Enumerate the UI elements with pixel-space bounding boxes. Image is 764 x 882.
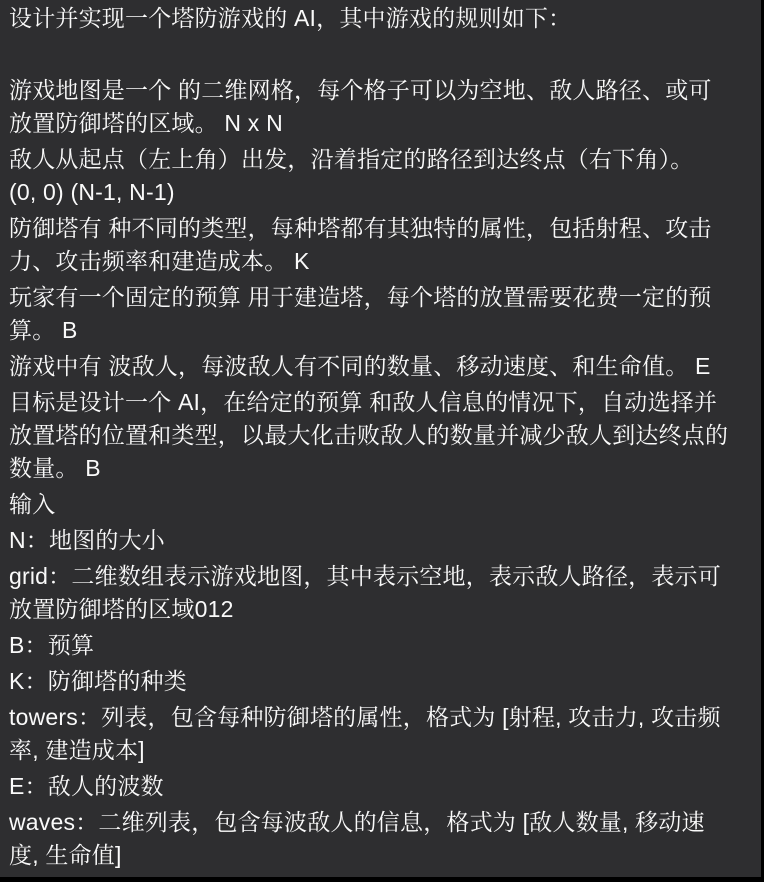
paragraph: 玩家有一个固定的预算 用于建造塔，每个塔的放置需要花费一定的预算。 B: [9, 281, 755, 347]
paragraph: 设计并实现一个塔防游戏的 AI，其中游戏的规则如下：: [9, 2, 755, 35]
text-line: 放置防御塔的区域。 N x N: [9, 107, 755, 140]
text-line: 算。 B: [9, 314, 755, 347]
paragraph: 敌人从起点（左上角）出发，沿着指定的路径到达终点（右下角）。(0, 0) (N-…: [9, 143, 755, 209]
text-line: N：地图的大小: [9, 524, 755, 557]
message-text: 设计并实现一个塔防游戏的 AI，其中游戏的规则如下： 游戏地图是一个 的二维网格…: [0, 0, 761, 877]
text-line: 目标是设计一个 AI，在给定的预算 和敌人信息的情况下，自动选择并: [9, 386, 755, 419]
text-line: 率, 建造成本]: [9, 734, 755, 767]
text-line: 输入: [9, 488, 755, 521]
paragraph: [9, 38, 755, 71]
text-line: 力、攻击频率和建造成本。 K: [9, 245, 755, 278]
text-line: waves：二维列表，包含每波敌人的信息，格式为 [敌人数量, 移动速: [9, 806, 755, 839]
text-line: E：敌人的波数: [9, 770, 755, 803]
paragraph: waves：二维列表，包含每波敌人的信息，格式为 [敌人数量, 移动速度, 生命…: [9, 806, 755, 872]
text-line: 敌人从起点（左上角）出发，沿着指定的路径到达终点（右下角）。: [9, 143, 755, 176]
paragraph: 游戏中有 波敌人，每波敌人有不同的数量、移动速度、和生命值。 E: [9, 350, 755, 383]
paragraph: 防御塔有 种不同的类型，每种塔都有其独特的属性，包括射程、攻击力、攻击频率和建造…: [9, 212, 755, 278]
paragraph: B：预算: [9, 629, 755, 662]
text-line: 放置防御塔的区域012: [9, 593, 755, 626]
text-line: 游戏地图是一个 的二维网格，每个格子可以为空地、敌人路径、或可: [9, 74, 755, 107]
text-line: 设计并实现一个塔防游戏的 AI，其中游戏的规则如下：: [9, 2, 755, 35]
text-line: 游戏中有 波敌人，每波敌人有不同的数量、移动速度、和生命值。 E: [9, 350, 755, 383]
text-line: 放置塔的位置和类型，以最大化击败敌人的数量并减少敌人到达终点的: [9, 419, 755, 452]
paragraph: towers：列表，包含每种防御塔的属性，格式为 [射程, 攻击力, 攻击频率,…: [9, 701, 755, 767]
text-line: grid：二维数组表示游戏地图，其中表示空地，表示敌人路径，表示可: [9, 560, 755, 593]
paragraph: 目标是设计一个 AI，在给定的预算 和敌人信息的情况下，自动选择并放置塔的位置和…: [9, 386, 755, 485]
paragraph: E：敌人的波数: [9, 770, 755, 803]
blank-line: [9, 38, 755, 71]
text-line: 数量。 B: [9, 452, 755, 485]
document-page: 设计并实现一个塔防游戏的 AI，其中游戏的规则如下： 游戏地图是一个 的二维网格…: [0, 0, 764, 882]
paragraph: N：地图的大小: [9, 524, 755, 557]
paragraph: grid：二维数组表示游戏地图，其中表示空地，表示敌人路径，表示可放置防御塔的区…: [9, 560, 755, 626]
bottom-edge-bar: [0, 877, 764, 882]
text-line: B：预算: [9, 629, 755, 662]
text-line: 玩家有一个固定的预算 用于建造塔，每个塔的放置需要花费一定的预: [9, 281, 755, 314]
paragraph: K：防御塔的种类: [9, 665, 755, 698]
text-line: (0, 0) (N-1, N-1): [9, 176, 755, 209]
text-line: K：防御塔的种类: [9, 665, 755, 698]
text-line: 防御塔有 种不同的类型，每种塔都有其独特的属性，包括射程、攻击: [9, 212, 755, 245]
paragraph: 输入: [9, 488, 755, 521]
paragraph: 游戏地图是一个 的二维网格，每个格子可以为空地、敌人路径、或可放置防御塔的区域。…: [9, 74, 755, 140]
text-line: 度, 生命值]: [9, 839, 755, 872]
text-line: towers：列表，包含每种防御塔的属性，格式为 [射程, 攻击力, 攻击频: [9, 701, 755, 734]
